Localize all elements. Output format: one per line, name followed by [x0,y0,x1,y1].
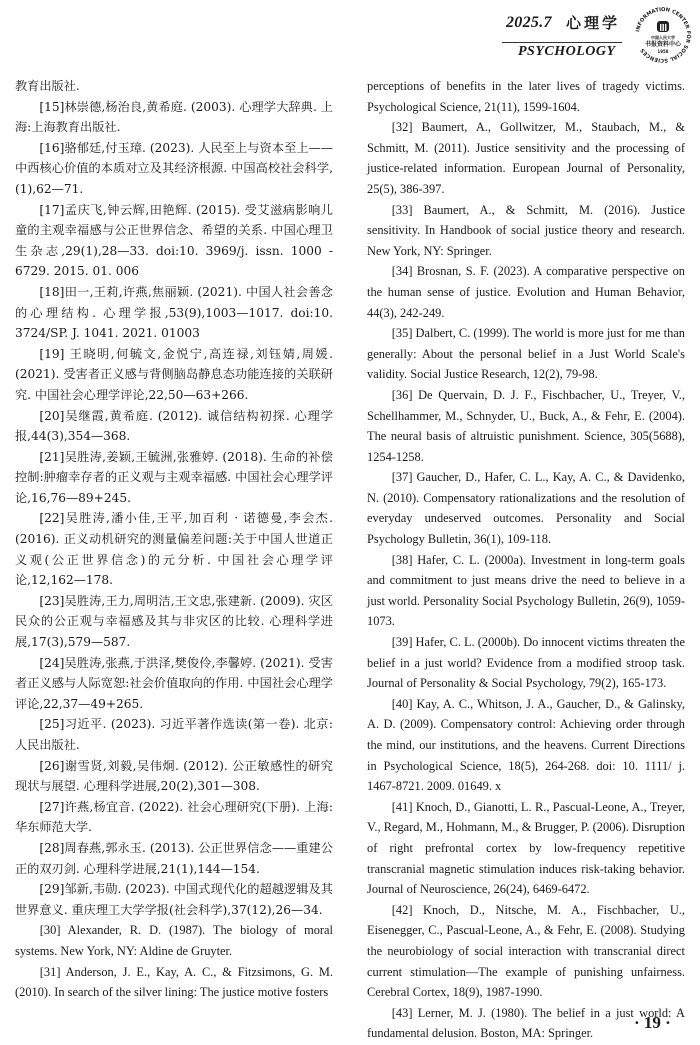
reference-29: [29]邹新,韦勋. (2023). 中国式现代化的超越逻辑及其世界意义. 重庆… [15,879,333,920]
reference-19: [19] 王晓明,何毓文,金悦宁,高连禄,刘钰婧,周媛. (2021). 受害者… [15,344,333,406]
reference-16: [16]骆郁廷,付玉璋. (2023). 人民至上与资本至上——中西核心价值的本… [15,138,333,200]
reference-15: [15]林崇德,杨治良,黄希庭. (2003). 心理学大辞典. 上海:上海教育… [15,97,333,138]
reference-continuation: 教育出版社. [15,76,333,97]
reference-18: [18]田一,王莉,许燕,焦丽颖. (2021). 中国人社会善念的心理结构. … [15,282,333,344]
journal-title-cn: 心理学 [566,12,620,33]
reference-22: [22]吴胜涛,潘小佳,王平,加百利 · 诺德曼,李会杰. (2016). 正义… [15,508,333,590]
header-rule [502,42,622,43]
references-right-column: perceptions of benefits in the later liv… [367,76,685,1044]
reference-41: [41] Knoch, D., Gianotti, L. R., Pascual… [367,797,685,900]
running-header: 2025.7 心理学 PSYCHOLOGY INFORMATION CENTER… [0,0,700,70]
reference-40: [40] Kay, A. C., Whitson, J. A., Gaucher… [367,694,685,797]
reference-34: [34] Brosnan, S. F. (2023). A comparativ… [367,261,685,323]
reference-23: [23]吴胜涛,王力,周明洁,王文忠,张建新. (2009). 灾区民众的公正观… [15,591,333,653]
journal-title-en: PSYCHOLOGY [518,44,616,60]
reference-30: [30] Alexander, R. D. (1987). The biolog… [15,920,333,961]
reference-continuation: perceptions of benefits in the later liv… [367,76,685,117]
reference-17: [17]孟庆飞,钟云辉,田艳辉. (2015). 受艾滋病影响儿童的主观幸福感与… [15,200,333,282]
reference-20: [20]吴继霞,黄希庭. (2012). 诚信结构初探. 心理学报,44(3),… [15,406,333,447]
reference-36: [36] De Quervain, D. J. F., Fischbacher,… [367,385,685,467]
institution-seal-icon: INFORMATION CENTER FOR SOCIAL SCIENCES 中… [632,4,694,66]
issue-number: 2025.7 [506,14,552,32]
reference-38: [38] Hafer, C. L. (2000a). Investment in… [367,550,685,632]
reference-42: [42] Knoch, D., Nitsche, M. A., Fischbac… [367,900,685,1003]
reference-28: [28]周春燕,郭永玉. (2013). 公正世界信念——重建公正的双刃剑. 心… [15,838,333,879]
reference-31: [31] Anderson, J. E., Kay, A. C., & Fitz… [15,962,333,1003]
reference-37: [37] Gaucher, D., Hafer, C. L., Kay, A. … [367,467,685,549]
svg-text:1958: 1958 [657,49,668,54]
reference-32: [32] Baumert, A., Gollwitzer, M., Stauba… [367,117,685,199]
reference-39: [39] Hafer, C. L. (2000b). Do innocent v… [367,632,685,694]
references-left-column: 教育出版社. [15]林崇德,杨治良,黄希庭. (2003). 心理学大辞典. … [15,76,333,1003]
page-number: · 19 · [634,1013,671,1033]
reference-21: [21]吴胜涛,姜颖,王毓洲,张雅婷. (2018). 生命的补偿控制:肿瘤幸存… [15,447,333,509]
svg-text:中国人民大学: 中国人民大学 [651,34,675,40]
reference-35: [35] Dalbert, C. (1999). The world is mo… [367,323,685,385]
reference-26: [26]谢雪贤,刘毅,吴伟炯. (2012). 公正敏感性的研究现状与展望. 心… [15,756,333,797]
reference-25: [25]习近平. (2023). 习近平著作选读(第一卷). 北京:人民出版社. [15,714,333,755]
svg-text:书报资料中心: 书报资料中心 [645,40,682,48]
reference-27: [27]许燕,杨宜音. (2022). 社会心理研究(下册). 上海:华东师范大… [15,797,333,838]
reference-24: [24]吴胜涛,张燕,于洪泽,樊俊伶,李馨婷. (2021). 受害者正义感与人… [15,653,333,715]
reference-33: [33] Baumert, A., & Schmitt, M. (2016). … [367,200,685,262]
